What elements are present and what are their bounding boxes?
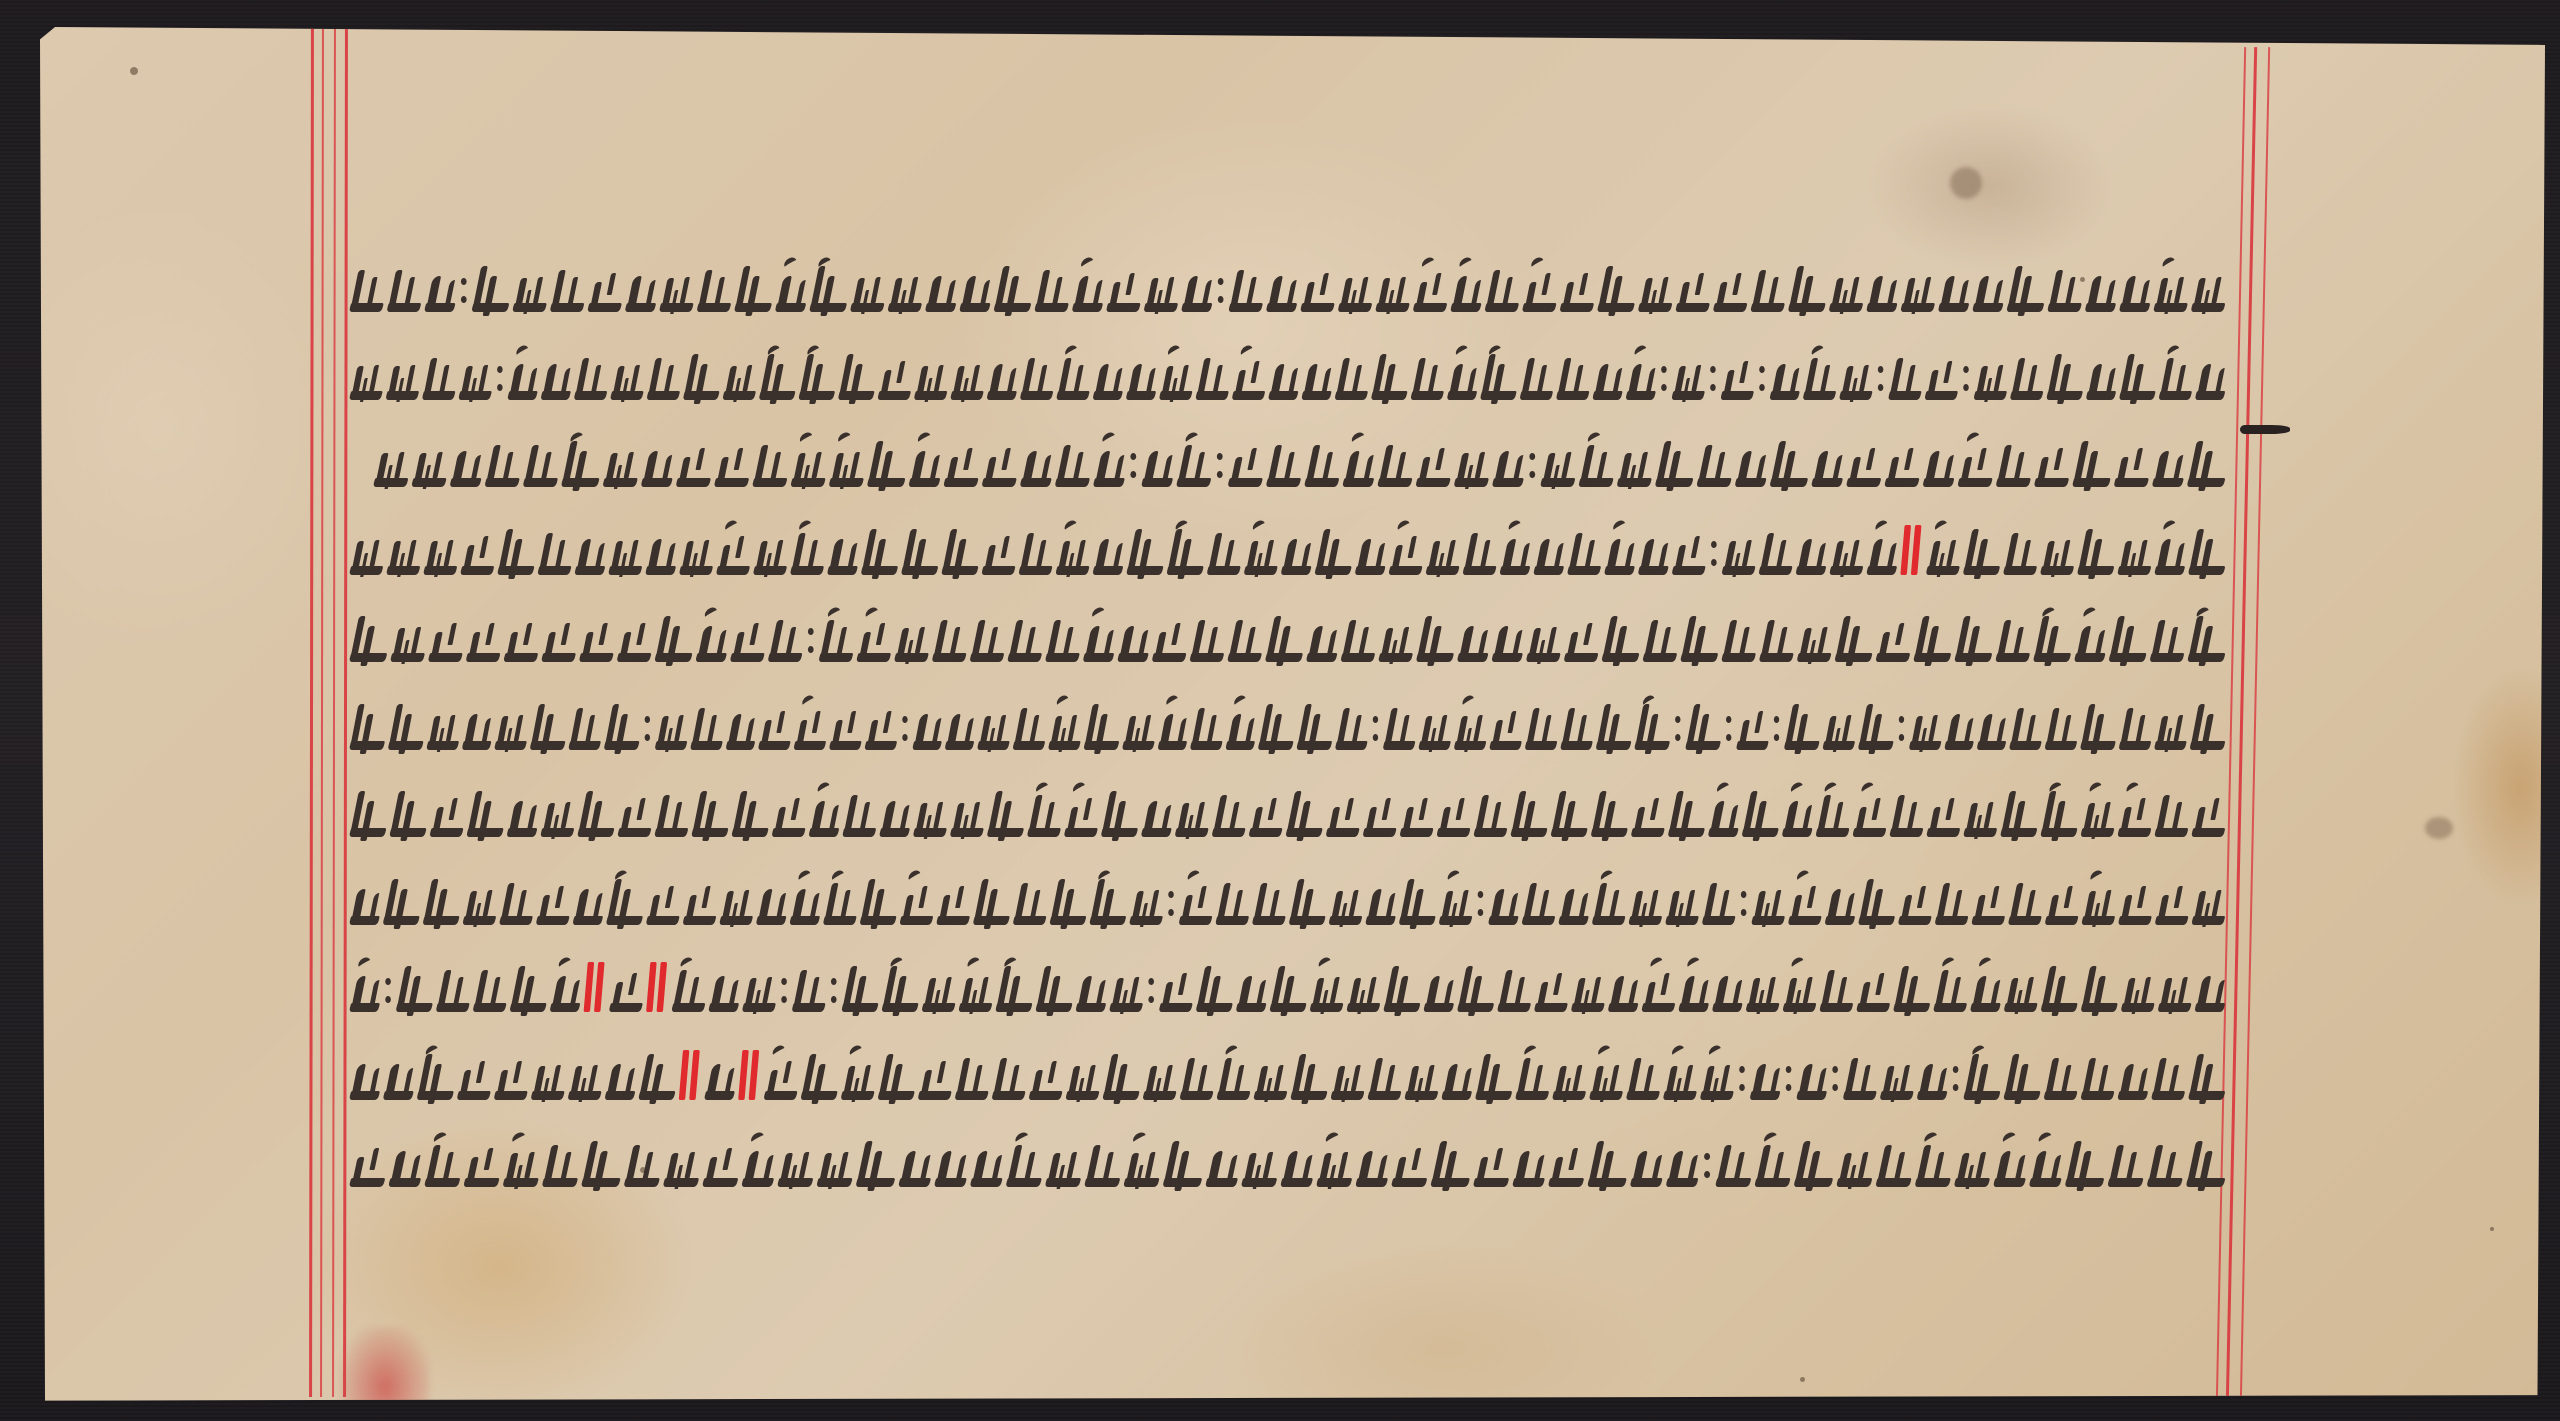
aksara-glyph xyxy=(1917,1054,1946,1100)
aksara-glyph xyxy=(1716,1141,1750,1187)
aksara-glyph xyxy=(1679,966,1708,1012)
vowel-sign-mark xyxy=(1064,343,1079,360)
vowel-sign-mark xyxy=(798,518,813,535)
aksara-glyph xyxy=(350,791,385,837)
aksara-glyph xyxy=(1977,704,2005,750)
aksara-glyph xyxy=(642,441,672,487)
vowel-sign-mark xyxy=(1233,693,1248,710)
visarga-mark xyxy=(806,622,814,662)
aksara-glyph xyxy=(1498,966,1530,1012)
aksara-glyph xyxy=(1605,529,1634,575)
aksara-glyph xyxy=(1090,879,1125,925)
aksara-glyph xyxy=(2081,1054,2113,1100)
aksara-glyph xyxy=(791,529,823,575)
aksara-glyph xyxy=(1439,879,1471,925)
aksara-glyph xyxy=(1635,704,1669,750)
aksara-glyph xyxy=(1253,879,1285,925)
aksara-glyph xyxy=(1363,791,1395,837)
visarga-mark xyxy=(1371,710,1379,750)
aksara-glyph xyxy=(350,966,379,1012)
aksara-glyph xyxy=(888,266,921,312)
vowel-sign-mark xyxy=(1014,1130,1030,1147)
aksara-glyph xyxy=(878,354,910,400)
aksara-glyph xyxy=(1130,879,1162,925)
aksara-glyph xyxy=(1384,704,1415,750)
aksara-glyph xyxy=(2082,879,2114,925)
aksara-glyph xyxy=(1525,704,1556,750)
aksara-glyph xyxy=(1617,441,1650,487)
aksara-glyph xyxy=(1431,1141,1469,1187)
aksara-glyph xyxy=(1500,529,1529,575)
aksara-glyph xyxy=(1974,354,2006,400)
aksara-glyph xyxy=(1160,354,1192,400)
aksara-glyph xyxy=(2034,616,2070,662)
vowel-sign-mark xyxy=(1165,693,1180,710)
aksara-glyph xyxy=(1935,879,1967,925)
aksara-glyph xyxy=(350,1054,379,1100)
aksara-glyph xyxy=(1336,704,1367,750)
aksara-glyph xyxy=(970,616,1003,662)
aksara-glyph xyxy=(1102,791,1137,837)
aksara-glyph xyxy=(1237,966,1266,1012)
aksara-glyph xyxy=(1631,1141,1662,1187)
visarga-mark xyxy=(1147,972,1155,1012)
visarga-mark xyxy=(1674,710,1682,750)
aksara-glyph xyxy=(1093,354,1121,400)
visarga-mark xyxy=(1962,360,1970,400)
aksara-glyph xyxy=(531,1054,563,1100)
aksara-glyph xyxy=(389,704,423,750)
aksara-glyph xyxy=(1216,879,1248,925)
aksara-glyph xyxy=(1417,616,1453,662)
aksara-glyph xyxy=(1233,354,1265,400)
aksara-glyph xyxy=(824,879,856,925)
aksara-glyph xyxy=(1153,616,1186,662)
vowel-sign-mark xyxy=(1174,518,1189,535)
vowel-sign-mark xyxy=(2082,605,2098,622)
visarga-mark xyxy=(459,272,467,312)
aksara-glyph xyxy=(350,879,379,925)
aksara-glyph xyxy=(683,879,715,925)
vowel-sign-mark xyxy=(1097,868,1112,885)
aksara-glyph xyxy=(655,704,686,750)
aksara-glyph xyxy=(1590,1054,1622,1100)
vowel-sign-mark xyxy=(1488,343,1503,360)
aksara-glyph xyxy=(1493,441,1523,487)
vowel-sign-mark xyxy=(1789,780,1804,797)
aksara-glyph xyxy=(1697,441,1730,487)
vowel-sign-mark xyxy=(1978,955,1993,972)
aksara-glyph xyxy=(507,791,536,837)
vowel-sign-mark xyxy=(1597,1043,1612,1060)
aksara-glyph xyxy=(1964,1054,1999,1100)
aksara-glyph xyxy=(743,966,775,1012)
vowel-sign-mark xyxy=(1933,518,1948,535)
aksara-glyph xyxy=(757,879,786,925)
aksara-glyph xyxy=(1123,704,1154,750)
aksara-glyph xyxy=(1609,966,1638,1012)
vowel-sign-mark xyxy=(889,955,904,972)
aksara-glyph xyxy=(450,441,480,487)
aksara-glyph xyxy=(423,879,458,925)
aksara-glyph xyxy=(1297,704,1331,750)
aksara-glyph xyxy=(1736,441,1766,487)
aksara-glyph xyxy=(2005,966,2037,1012)
aksara-glyph xyxy=(2192,879,2224,925)
vowel-sign-mark xyxy=(1790,955,1805,972)
aksara-glyph xyxy=(945,704,973,750)
aksara-glyph xyxy=(2154,266,2187,312)
aksara-glyph xyxy=(396,966,431,1012)
aksara-glyph xyxy=(412,441,445,487)
aksara-glyph xyxy=(1639,266,1672,312)
aksara-glyph xyxy=(1046,616,1079,662)
aksara-glyph xyxy=(1881,1054,1913,1100)
vowel-sign-mark xyxy=(1224,1043,1239,1060)
aksara-glyph xyxy=(575,529,604,575)
aksara-glyph xyxy=(715,441,748,487)
aksara-glyph xyxy=(996,966,1031,1012)
aksara-glyph xyxy=(2150,616,2183,662)
aksara-glyph xyxy=(605,704,639,750)
aksara-glyph xyxy=(2119,704,2150,750)
aksara-glyph xyxy=(1557,354,1589,400)
aksara-glyph xyxy=(2007,266,2043,312)
aksara-glyph xyxy=(1476,1054,1511,1100)
aksara-glyph xyxy=(664,1141,698,1187)
red-double-danda xyxy=(1901,523,1922,575)
aksara-glyph xyxy=(2152,1054,2184,1100)
aksara-glyph xyxy=(1798,616,1831,662)
aksara-glyph xyxy=(1964,529,1999,575)
aksara-glyph xyxy=(1056,441,1089,487)
aksara-glyph xyxy=(1437,791,1469,837)
aksara-glyph xyxy=(2118,1054,2147,1100)
aksara-glyph xyxy=(828,529,857,575)
aksara-glyph xyxy=(919,1054,951,1100)
aksara-glyph xyxy=(951,791,983,837)
aksara-glyph xyxy=(2086,266,2115,312)
aksara-glyph xyxy=(463,704,491,750)
vowel-sign-mark xyxy=(511,1130,527,1147)
vowel-sign-mark xyxy=(2088,780,2103,797)
aksara-glyph xyxy=(2047,354,2082,400)
aksara-glyph xyxy=(1118,616,1148,662)
aksara-glyph xyxy=(580,616,613,662)
aksara-glyph xyxy=(1302,354,1330,400)
aksara-glyph xyxy=(2073,441,2110,487)
aksara-glyph xyxy=(582,1141,620,1187)
aksara-glyph xyxy=(1411,354,1443,400)
aksara-glyph xyxy=(1286,791,1321,837)
aksara-glyph xyxy=(605,1054,634,1100)
vowel-sign-mark xyxy=(966,955,981,972)
aksara-glyph xyxy=(1270,966,1305,1012)
aksara-glyph xyxy=(1823,704,1854,750)
aksara-glyph xyxy=(458,1054,490,1100)
aksara-glyph xyxy=(1564,616,1597,662)
aksara-glyph xyxy=(1602,616,1638,662)
aksara-glyph xyxy=(878,1054,913,1100)
aksara-glyph xyxy=(1228,441,1261,487)
aksara-glyph xyxy=(495,1054,527,1100)
aksara-glyph xyxy=(902,529,937,575)
vowel-sign-mark xyxy=(1649,955,1664,972)
aksara-glyph xyxy=(1244,529,1276,575)
aksara-glyph xyxy=(790,879,819,925)
aksara-glyph xyxy=(2190,704,2224,750)
vowel-sign-mark xyxy=(1101,430,1117,447)
aksara-glyph xyxy=(1830,529,1862,575)
aksara-glyph xyxy=(974,879,1009,925)
aksara-glyph xyxy=(2004,529,2036,575)
aksara-glyph xyxy=(1579,441,1612,487)
aksara-glyph xyxy=(982,441,1015,487)
vowel-sign-mark xyxy=(837,430,853,447)
aksara-glyph xyxy=(2155,704,2186,750)
aksara-glyph xyxy=(1310,966,1342,1012)
aksara-glyph xyxy=(971,1141,1002,1187)
visarga-mark xyxy=(1897,710,1905,750)
vowel-sign-mark xyxy=(1324,1130,1340,1147)
aksara-glyph xyxy=(1639,529,1668,575)
aksara-glyph xyxy=(575,354,607,400)
vowel-sign-mark xyxy=(798,430,814,447)
aksara-glyph xyxy=(646,529,675,575)
aksara-glyph xyxy=(772,791,804,837)
aksara-glyph xyxy=(2044,1054,2076,1100)
aksara-glyph xyxy=(1955,616,1991,662)
aksara-glyph xyxy=(1029,1054,1061,1100)
vowel-sign-mark xyxy=(557,955,572,972)
manuscript-line xyxy=(350,1127,2224,1187)
aksara-glyph xyxy=(1455,441,1488,487)
vowel-sign-mark xyxy=(806,343,821,360)
aksara-glyph xyxy=(1458,616,1488,662)
aksara-glyph xyxy=(1527,616,1560,662)
manuscript-line xyxy=(350,690,2224,750)
aksara-glyph xyxy=(603,441,636,487)
aksara-glyph xyxy=(437,966,469,1012)
aksara-glyph xyxy=(459,354,491,400)
aksara-glyph xyxy=(1857,966,1889,1012)
aksara-glyph xyxy=(1242,1141,1276,1187)
aksara-glyph xyxy=(1523,266,1556,312)
aksara-glyph xyxy=(424,529,456,575)
aksara-glyph xyxy=(2045,704,2076,750)
manuscript-line xyxy=(350,952,2224,1012)
aksara-glyph xyxy=(384,1054,413,1100)
aksara-glyph xyxy=(1013,704,1044,750)
aksara-glyph xyxy=(1281,529,1310,575)
aksara-glyph xyxy=(1021,354,1053,400)
manuscript-line xyxy=(350,340,2224,400)
vowel-sign-mark xyxy=(2125,780,2140,797)
vowel-sign-mark xyxy=(1874,518,1889,535)
aksara-glyph xyxy=(1643,616,1676,662)
aksara-glyph xyxy=(697,266,730,312)
aksara-glyph xyxy=(2187,1141,2225,1187)
aksara-glyph xyxy=(982,529,1014,575)
vowel-sign-mark xyxy=(1641,693,1656,710)
aksara-glyph xyxy=(1789,266,1825,312)
aksara-glyph xyxy=(2118,791,2150,837)
vowel-sign-mark xyxy=(2166,343,2181,360)
vowel-sign-mark xyxy=(1166,343,1181,360)
aksara-glyph xyxy=(1254,1054,1286,1100)
visarga-mark xyxy=(1215,447,1223,487)
aksara-glyph xyxy=(1008,616,1041,662)
aksara-glyph xyxy=(1535,966,1567,1012)
vowel-sign-mark xyxy=(826,605,842,622)
aksara-glyph xyxy=(538,529,570,575)
aksara-glyph xyxy=(607,879,642,925)
aksara-glyph xyxy=(868,441,905,487)
aksara-glyph xyxy=(1076,966,1105,1012)
aksara-glyph xyxy=(2045,879,2077,925)
aksara-glyph xyxy=(530,704,564,750)
aksara-glyph xyxy=(1914,616,1950,662)
aksara-glyph xyxy=(959,966,991,1012)
aksara-glyph xyxy=(1049,704,1080,750)
vowel-sign-mark xyxy=(916,430,932,447)
aksara-glyph xyxy=(1541,441,1574,487)
vowel-sign-mark xyxy=(848,1043,863,1060)
aksara-glyph xyxy=(541,791,573,837)
aksara-glyph xyxy=(2155,791,2187,837)
aksara-glyph xyxy=(1867,266,1896,312)
aksara-glyph xyxy=(1405,1054,1437,1100)
aksara-glyph xyxy=(882,966,917,1012)
vowel-sign-mark xyxy=(2001,1130,2017,1147)
aksara-glyph xyxy=(2048,266,2081,312)
aksara-glyph xyxy=(684,354,719,400)
aksara-glyph xyxy=(809,791,838,837)
aksara-glyph xyxy=(1419,704,1450,750)
vowel-sign-mark xyxy=(1079,255,1095,272)
red-double-danda xyxy=(647,960,668,1012)
aksara-glyph xyxy=(2075,616,2105,662)
manuscript-line xyxy=(350,777,2224,837)
visarga-mark xyxy=(901,710,909,750)
aksara-glyph xyxy=(1596,704,1630,750)
aksara-glyph xyxy=(1591,791,1626,837)
aksara-glyph xyxy=(473,966,505,1012)
aksara-glyph xyxy=(1626,354,1654,400)
aksara-glyph xyxy=(2041,791,2076,837)
aksara-glyph xyxy=(611,354,643,400)
aksara-glyph xyxy=(2119,879,2151,925)
aksara-glyph xyxy=(960,266,989,312)
aksara-glyph xyxy=(691,704,722,750)
aksara-glyph xyxy=(618,616,651,662)
aksara-glyph xyxy=(1384,966,1419,1012)
aksara-glyph xyxy=(1588,1141,1626,1187)
aksara-glyph xyxy=(1182,266,1211,312)
aksara-glyph xyxy=(647,879,679,925)
aksara-glyph xyxy=(504,616,537,662)
aksara-glyph xyxy=(2189,529,2224,575)
aksara-glyph xyxy=(1593,354,1621,400)
visarga-mark xyxy=(1709,535,1717,575)
vowel-sign-mark xyxy=(1707,1043,1722,1060)
aksara-glyph xyxy=(860,879,895,925)
aksara-glyph xyxy=(895,616,928,662)
vowel-sign-mark xyxy=(907,868,922,885)
vowel-sign-mark xyxy=(816,780,831,797)
aksara-glyph xyxy=(1722,616,1755,662)
aksara-glyph xyxy=(2011,354,2043,400)
aksara-glyph xyxy=(1014,879,1046,925)
visarga-mark xyxy=(643,710,651,750)
aksara-glyph xyxy=(830,704,861,750)
aksara-glyph xyxy=(1019,529,1051,575)
aksara-glyph xyxy=(1451,266,1480,312)
aksara-glyph xyxy=(1007,1141,1041,1187)
aksara-glyph xyxy=(464,1141,498,1187)
visarga-mark xyxy=(1784,1060,1792,1100)
aksara-glyph xyxy=(2192,266,2225,312)
aksara-glyph xyxy=(677,441,710,487)
aksara-glyph xyxy=(1825,879,1854,925)
vowel-sign-mark xyxy=(1941,955,1956,972)
vowel-sign-mark xyxy=(1317,955,1332,972)
aksara-glyph xyxy=(1291,1054,1326,1100)
visarga-mark xyxy=(1129,447,1137,487)
aksara-glyph xyxy=(1331,1054,1363,1100)
aksara-glyph xyxy=(1681,616,1717,662)
aksara-glyph xyxy=(1750,1054,1779,1100)
aksara-glyph xyxy=(1400,791,1432,837)
aksara-glyph xyxy=(1939,266,1968,312)
aksara-glyph xyxy=(425,266,454,312)
vowel-sign-mark xyxy=(817,255,833,272)
visarga-mark xyxy=(496,360,504,400)
vowel-sign-mark xyxy=(1063,518,1078,535)
aksara-glyph xyxy=(1143,1054,1175,1100)
aksara-glyph xyxy=(2035,441,2068,487)
aksara-glyph xyxy=(1785,704,1819,750)
aksara-glyph xyxy=(842,966,877,1012)
aksara-glyph xyxy=(1964,791,1996,837)
aksara-glyph xyxy=(1084,616,1114,662)
aksara-glyph xyxy=(1847,441,1880,487)
vowel-sign-mark xyxy=(1003,955,1018,972)
vowel-sign-mark xyxy=(864,605,880,622)
aksara-glyph xyxy=(1490,704,1521,750)
aksara-glyph xyxy=(1442,1054,1471,1100)
vowel-sign-mark xyxy=(1186,868,1201,885)
aksara-glyph xyxy=(573,879,602,925)
aksara-glyph xyxy=(1994,1141,2025,1187)
aksara-glyph xyxy=(1317,1141,1351,1187)
aksara-glyph xyxy=(1840,354,1872,400)
vowel-sign-mark xyxy=(1670,1043,1685,1060)
aksara-glyph xyxy=(1474,1141,1508,1187)
aksara-glyph xyxy=(350,266,383,312)
aksara-glyph xyxy=(1046,1141,1080,1187)
vowel-sign-mark xyxy=(1091,605,1107,622)
aksara-glyph xyxy=(843,791,875,837)
vowel-sign-mark xyxy=(1420,255,1436,272)
aksara-glyph xyxy=(1073,266,1102,312)
aksara-glyph xyxy=(500,879,532,925)
aksara-glyph xyxy=(568,1054,600,1100)
vowel-sign-mark xyxy=(1131,1130,1147,1147)
aksara-glyph xyxy=(817,1141,851,1187)
visarga-mark xyxy=(780,972,788,1012)
aksara-glyph xyxy=(1481,354,1516,400)
